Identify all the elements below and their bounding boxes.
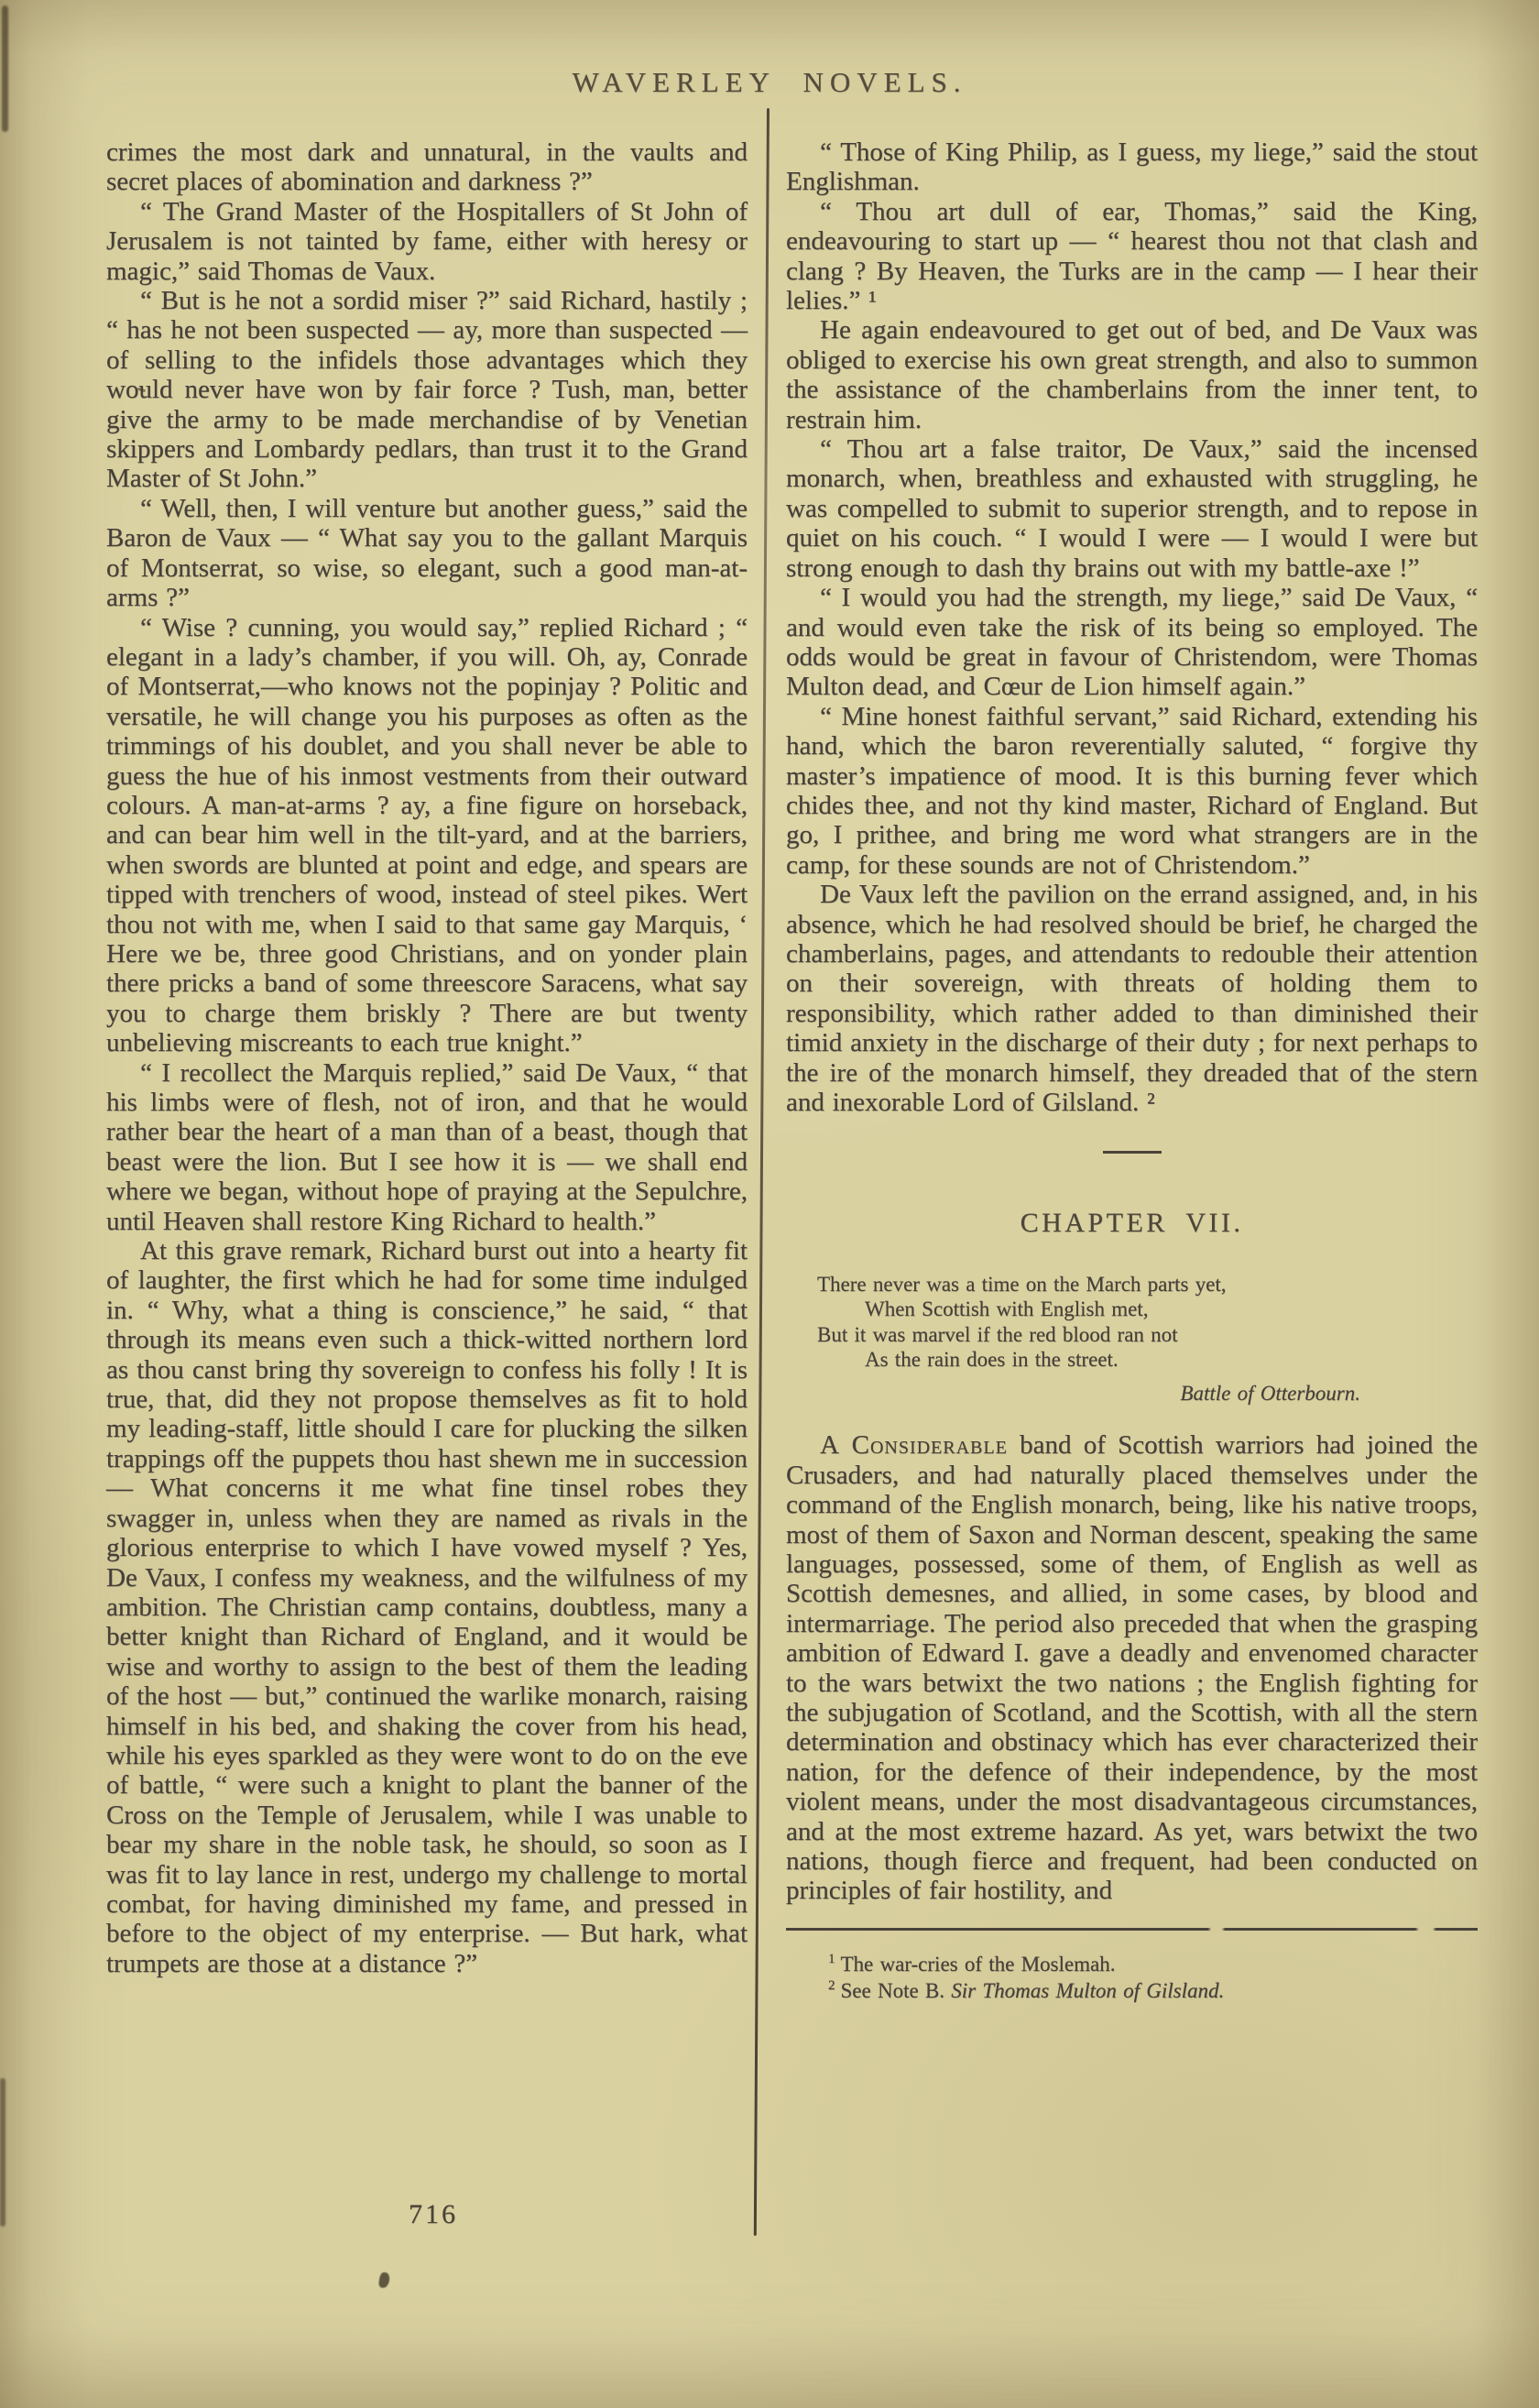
column-divider-rule xyxy=(754,108,769,2236)
paragraph: “ I would you had the strength, my liege… xyxy=(786,583,1478,702)
paragraph: “ Wise ? cunning, you would say,” replie… xyxy=(106,613,748,1058)
chapter-epigraph: There never was a time on the March part… xyxy=(786,1272,1478,1406)
paragraph: De Vaux left the pavilion on the errand … xyxy=(786,880,1478,1117)
chapter-heading: CHAPTER VII. xyxy=(786,1209,1478,1238)
paragraph: He again endeavoured to get out of bed, … xyxy=(786,315,1478,434)
paragraph: crimes the most dark and unnatural, in t… xyxy=(106,137,748,197)
epigraph-attribution: Battle of Otterbourn. xyxy=(817,1381,1478,1406)
footnote-rule xyxy=(786,1928,1478,1931)
page-number: 716 xyxy=(369,2199,497,2230)
paragraph: “ I recollect the Marquis replied,” said… xyxy=(106,1058,748,1236)
scan-edge-streak xyxy=(0,2078,5,2227)
paragraph: “ Those of King Philip, as I guess, my l… xyxy=(786,137,1478,197)
paragraph: “ Mine honest faithful servant,” said Ri… xyxy=(786,702,1478,880)
ink-smudge xyxy=(378,2271,391,2289)
paragraph: “ But is he not a sordid miser ?” said R… xyxy=(106,286,748,494)
scan-edge-streak xyxy=(2,5,8,132)
footnote-block: 1The war-cries of the Moslemah. 2See Not… xyxy=(786,1951,1478,2004)
epigraph-line: When Scottish with English met, xyxy=(817,1297,1478,1322)
running-header: WAVERLEY NOVELS. xyxy=(0,66,1539,99)
paragraph: At this grave remark, Richard burst out … xyxy=(106,1236,748,1978)
footnote-text-italic: Sir Thomas Multon of Gilsland. xyxy=(951,1979,1224,2002)
paragraph: “ The Grand Master of the Hospitallers o… xyxy=(106,197,748,286)
right-column: “ Those of King Philip, as I guess, my l… xyxy=(786,137,1478,2004)
chapter-opening-paragraph: A Considerable band of Scottish warriors… xyxy=(786,1430,1478,1906)
paragraph: “ Thou art a false traitor, De Vaux,” sa… xyxy=(786,434,1478,583)
paragraph-text: band of Scottish warriors had joined the… xyxy=(786,1430,1478,1905)
footnote-marker: 2 xyxy=(828,1978,835,1993)
ink-speck xyxy=(225,861,231,865)
lead-in-small-caps: A Considerable xyxy=(820,1430,1008,1460)
footnote: 1The war-cries of the Moslemah. xyxy=(786,1951,1478,1977)
book-page-scan: WAVERLEY NOVELS. crimes the most dark an… xyxy=(0,0,1539,2408)
left-column: crimes the most dark and unnatural, in t… xyxy=(106,137,748,1978)
epigraph-line: But it was marvel if the red blood ran n… xyxy=(817,1322,1478,1348)
section-divider-rule xyxy=(1103,1151,1162,1154)
paragraph: “ Thou art dull of ear, Thomas,” said th… xyxy=(786,197,1478,316)
footnote-marker: 1 xyxy=(828,1952,835,1966)
footnote: 2See Note B. Sir Thomas Multon of Gilsla… xyxy=(786,1977,1478,2004)
footnote-text: See Note B. xyxy=(841,1979,945,2002)
footnote-text: The war-cries of the Moslemah. xyxy=(841,1953,1116,1976)
epigraph-line: As the rain does in the street. xyxy=(817,1347,1478,1373)
epigraph-line: There never was a time on the March part… xyxy=(817,1272,1478,1297)
paragraph: “ Well, then, I will venture but another… xyxy=(106,494,748,613)
